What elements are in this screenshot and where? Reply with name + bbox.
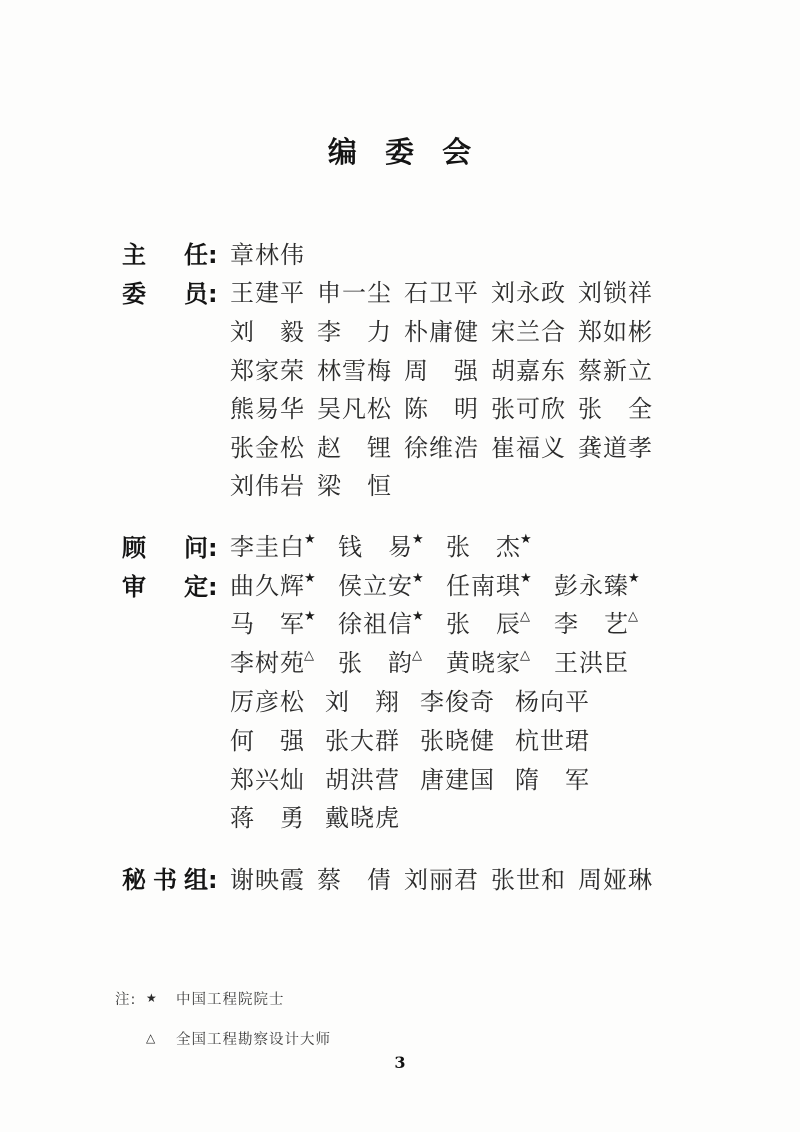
academician-star-icon: ★ — [412, 533, 425, 546]
person-cell: 侯立安★ — [338, 572, 425, 603]
academician-star-icon: ★ — [412, 610, 425, 623]
design-master-triangle-icon: △ — [628, 610, 641, 623]
section-row-members: 郑家荣林雪梅周强胡嘉东蔡新立 — [122, 352, 682, 391]
academician-star-icon: ★ — [520, 572, 533, 585]
person-cell: 崔福义 — [491, 434, 565, 463]
person-name: 赵锂 — [317, 434, 391, 463]
person-name: 吴凡松 — [317, 395, 391, 424]
design-master-triangle-icon: △ — [304, 649, 317, 662]
person-name: 陈明 — [404, 395, 478, 424]
person-name: 张晓健 — [420, 727, 494, 756]
person-cell: 彭永臻★ — [554, 572, 641, 603]
names-row: 章林伟 — [230, 241, 304, 270]
footnote-line: △全国工程勘察设计大师 — [115, 1028, 331, 1048]
label-area-secretariat: 秘书组: — [122, 867, 230, 893]
person-name: 胡嘉东 — [491, 357, 565, 386]
section-row-reviewers: 厉彦松刘翔李俊奇杨向平 — [122, 684, 682, 723]
person-cell: 章林伟 — [230, 241, 304, 270]
section-label-members: 委员 — [122, 281, 208, 307]
person-cell: 胡洪营 — [325, 766, 399, 795]
person-cell: 周娅琳 — [578, 866, 652, 895]
person-cell: 张辰△ — [446, 610, 533, 641]
label-area-director: 主任: — [122, 242, 230, 268]
person-cell: 张金松 — [230, 434, 304, 463]
person-cell: 郑兴灿 — [230, 766, 304, 795]
person-name: 何强 — [230, 727, 304, 756]
person-cell: 熊易华 — [230, 395, 304, 424]
section-label-secretariat: 秘书组 — [122, 867, 208, 893]
person-cell: 龚道孝 — [578, 434, 652, 463]
label-colon: : — [208, 281, 218, 307]
person-name: 张大群 — [325, 727, 399, 756]
person-name: 蔡新立 — [578, 357, 652, 386]
names-row: 熊易华吴凡松陈明张可欣张全 — [230, 395, 652, 424]
person-cell: 任南琪★ — [446, 572, 533, 603]
person-cell: 戴晓虎 — [325, 804, 399, 833]
person-cell: 刘毅 — [230, 318, 304, 347]
footnote-prefix: 注: — [115, 988, 146, 1009]
person-cell: 唐建国 — [420, 766, 494, 795]
person-cell: 张大群 — [325, 727, 399, 756]
person-cell: 张可欣 — [491, 395, 565, 424]
person-name: 蔡倩 — [317, 866, 391, 895]
design-master-triangle-icon: △ — [146, 1031, 176, 1045]
academician-star-icon: ★ — [520, 533, 533, 546]
academician-star-icon: ★ — [304, 572, 317, 585]
person-cell: 石卫平 — [404, 279, 478, 308]
person-name: 郑家荣 — [230, 357, 304, 386]
person-name: 郑兴灿 — [230, 766, 304, 795]
person-name: 宋兰合 — [491, 318, 565, 347]
person-cell: 李圭白★ — [230, 533, 317, 564]
person-name: 章林伟 — [230, 241, 304, 270]
person-cell: 张世和 — [491, 866, 565, 895]
person-cell: 杭世珺 — [515, 727, 589, 756]
section-row-reviewers: 郑兴灿胡洪营唐建国隋军 — [122, 761, 682, 800]
person-name: 钱易 — [338, 533, 412, 562]
section-label-reviewers: 审定 — [122, 574, 208, 600]
person-cell: 李树苑△ — [230, 649, 317, 680]
person-cell: 蒋勇 — [230, 804, 304, 833]
person-name: 张杰 — [446, 533, 520, 562]
person-name: 唐建国 — [420, 766, 494, 795]
person-cell: 李俊奇 — [420, 688, 494, 717]
person-name: 张辰 — [446, 610, 520, 639]
person-cell: 曲久辉★ — [230, 572, 317, 603]
person-cell: 杨向平 — [515, 688, 589, 717]
person-cell: 赵锂 — [317, 434, 391, 463]
person-name: 戴晓虎 — [325, 804, 399, 833]
person-name: 周强 — [404, 357, 478, 386]
person-cell: 何强 — [230, 727, 304, 756]
footnote-text: 中国工程院院士 — [176, 988, 285, 1009]
names-row: 李圭白★钱易★张杰★ — [230, 533, 533, 564]
person-cell: 林雪梅 — [317, 357, 391, 386]
section-label-advisors: 顾问 — [122, 535, 208, 561]
section-row-members: 刘毅李力朴庸健宋兰合郑如彬 — [122, 313, 682, 352]
footnote-line: 注:★中国工程院院士 — [115, 988, 331, 1008]
person-name: 周娅琳 — [578, 866, 652, 895]
label-colon: : — [208, 867, 218, 893]
person-cell: 刘锁祥 — [578, 279, 652, 308]
person-cell: 梁恒 — [317, 472, 391, 501]
person-cell: 陈明 — [404, 395, 478, 424]
academician-star-icon: ★ — [304, 610, 317, 623]
person-name: 石卫平 — [404, 279, 478, 308]
person-cell: 黄晓家△ — [446, 649, 533, 680]
design-master-triangle-icon: △ — [412, 649, 425, 662]
person-name: 张世和 — [491, 866, 565, 895]
person-name: 李俊奇 — [420, 688, 494, 717]
person-cell: 徐维浩 — [404, 434, 478, 463]
person-name: 侯立安 — [338, 572, 412, 601]
academician-star-icon: ★ — [628, 572, 641, 585]
person-cell: 厉彦松 — [230, 688, 304, 717]
footnote-text: 全国工程勘察设计大师 — [176, 1028, 331, 1049]
names-row: 张金松赵锂徐维浩崔福义龚道孝 — [230, 434, 652, 463]
person-name: 刘丽君 — [404, 866, 478, 895]
person-name: 李树苑 — [230, 649, 304, 678]
names-row: 厉彦松刘翔李俊奇杨向平 — [230, 688, 589, 717]
person-cell: 谢映霞 — [230, 866, 304, 895]
section-row-members: 熊易华吴凡松陈明张可欣张全 — [122, 390, 682, 429]
label-area-reviewers: 审定: — [122, 574, 230, 600]
person-name: 黄晓家 — [446, 649, 520, 678]
person-name: 厉彦松 — [230, 688, 304, 717]
names-row: 李树苑△张韵△黄晓家△王洪臣 — [230, 649, 628, 680]
person-cell: 李力 — [317, 318, 391, 347]
section-row-members: 张金松赵锂徐维浩崔福义龚道孝 — [122, 429, 682, 468]
person-cell: 王建平 — [230, 279, 304, 308]
section-row-director: 主任:章林伟 — [122, 236, 682, 275]
person-cell: 徐祖信★ — [338, 610, 425, 641]
person-name: 李圭白 — [230, 533, 304, 562]
person-cell: 周强 — [404, 357, 478, 386]
person-name: 刘锁祥 — [578, 279, 652, 308]
person-cell: 宋兰合 — [491, 318, 565, 347]
section-row-reviewers: 李树苑△张韵△黄晓家△王洪臣 — [122, 645, 682, 684]
person-name: 胡洪营 — [325, 766, 399, 795]
person-cell: 王洪臣 — [554, 649, 628, 678]
label-colon: : — [208, 535, 218, 561]
person-name: 刘毅 — [230, 318, 304, 347]
section-row-reviewers: 马军★徐祖信★张辰△李艺△ — [122, 606, 682, 645]
names-row: 王建平申一尘石卫平刘永政刘锁祥 — [230, 279, 652, 308]
person-cell: 郑家荣 — [230, 357, 304, 386]
names-row: 刘毅李力朴庸健宋兰合郑如彬 — [230, 318, 652, 347]
person-name: 彭永臻 — [554, 572, 628, 601]
person-name: 王建平 — [230, 279, 304, 308]
person-name: 郑如彬 — [578, 318, 652, 347]
person-name: 林雪梅 — [317, 357, 391, 386]
names-row: 郑兴灿胡洪营唐建国隋军 — [230, 766, 589, 795]
person-name: 刘永政 — [491, 279, 565, 308]
person-cell: 刘翔 — [325, 688, 399, 717]
label-area-members: 委员: — [122, 281, 230, 307]
document-page: 编 委 会 主任:章林伟委员:王建平申一尘石卫平刘永政刘锁祥刘毅李力朴庸健宋兰合… — [0, 0, 800, 1132]
person-name: 崔福义 — [491, 434, 565, 463]
design-master-triangle-icon: △ — [520, 610, 533, 623]
person-name: 蒋勇 — [230, 804, 304, 833]
person-name: 李力 — [317, 318, 391, 347]
person-name: 张可欣 — [491, 395, 565, 424]
names-row: 郑家荣林雪梅周强胡嘉东蔡新立 — [230, 357, 652, 386]
academician-star-icon: ★ — [304, 533, 317, 546]
person-name: 杭世珺 — [515, 727, 589, 756]
names-row: 何强张大群张晓健杭世珺 — [230, 727, 589, 756]
person-cell: 申一尘 — [317, 279, 391, 308]
page-title: 编 委 会 — [0, 130, 800, 171]
person-name: 徐祖信 — [338, 610, 412, 639]
person-name: 李艺 — [554, 610, 628, 639]
person-cell: 张全 — [578, 395, 652, 424]
section-row-members: 刘伟岩梁恒 — [122, 468, 682, 507]
academician-star-icon: ★ — [412, 572, 425, 585]
section-row-reviewers: 审定:曲久辉★侯立安★任南琪★彭永臻★ — [122, 568, 682, 607]
person-cell: 张韵△ — [338, 649, 425, 680]
section-row-members: 委员:王建平申一尘石卫平刘永政刘锁祥 — [122, 275, 682, 314]
person-name: 刘伟岩 — [230, 472, 304, 501]
label-colon: : — [208, 242, 218, 268]
person-cell: 蔡新立 — [578, 357, 652, 386]
person-name: 马军 — [230, 610, 304, 639]
person-name: 梁恒 — [317, 472, 391, 501]
person-name: 隋军 — [515, 766, 589, 795]
section-row-advisors: 顾问:李圭白★钱易★张杰★ — [122, 529, 682, 568]
person-cell: 胡嘉东 — [491, 357, 565, 386]
person-cell: 蔡倩 — [317, 866, 391, 895]
person-name: 朴庸健 — [404, 318, 478, 347]
person-cell: 刘伟岩 — [230, 472, 304, 501]
names-row: 曲久辉★侯立安★任南琪★彭永臻★ — [230, 572, 641, 603]
person-cell: 张杰★ — [446, 533, 533, 564]
person-name: 龚道孝 — [578, 434, 652, 463]
person-name: 谢映霞 — [230, 866, 304, 895]
page-number: 3 — [0, 1053, 800, 1072]
label-area-advisors: 顾问: — [122, 535, 230, 561]
person-cell: 张晓健 — [420, 727, 494, 756]
section-row-reviewers: 何强张大群张晓健杭世珺 — [122, 722, 682, 761]
person-cell: 刘永政 — [491, 279, 565, 308]
names-row: 谢映霞蔡倩刘丽君张世和周娅琳 — [230, 866, 652, 895]
person-cell: 马军★ — [230, 610, 317, 641]
person-name: 王洪臣 — [554, 649, 628, 678]
person-name: 申一尘 — [317, 279, 391, 308]
names-row: 马军★徐祖信★张辰△李艺△ — [230, 610, 641, 641]
section-row-secretariat: 秘书组:谢映霞蔡倩刘丽君张世和周娅琳 — [122, 861, 682, 900]
label-colon: : — [208, 574, 218, 600]
design-master-triangle-icon: △ — [520, 649, 533, 662]
person-name: 刘翔 — [325, 688, 399, 717]
person-cell: 刘丽君 — [404, 866, 478, 895]
person-cell: 吴凡松 — [317, 395, 391, 424]
person-name: 张全 — [578, 395, 652, 424]
person-cell: 朴庸健 — [404, 318, 478, 347]
person-cell: 隋军 — [515, 766, 589, 795]
person-name: 熊易华 — [230, 395, 304, 424]
person-cell: 郑如彬 — [578, 318, 652, 347]
academician-star-icon: ★ — [146, 991, 176, 1005]
section-label-director: 主任 — [122, 242, 208, 268]
person-name: 徐维浩 — [404, 434, 478, 463]
person-cell: 李艺△ — [554, 610, 641, 641]
person-name: 杨向平 — [515, 688, 589, 717]
person-cell: 钱易★ — [338, 533, 425, 564]
names-row: 蒋勇戴晓虎 — [230, 804, 399, 833]
committee-list: 主任:章林伟委员:王建平申一尘石卫平刘永政刘锁祥刘毅李力朴庸健宋兰合郑如彬郑家荣… — [122, 236, 682, 900]
person-name: 曲久辉 — [230, 572, 304, 601]
person-name: 张韵 — [338, 649, 412, 678]
person-name: 张金松 — [230, 434, 304, 463]
person-name: 任南琪 — [446, 572, 520, 601]
section-row-reviewers: 蒋勇戴晓虎 — [122, 799, 682, 838]
names-row: 刘伟岩梁恒 — [230, 472, 391, 501]
